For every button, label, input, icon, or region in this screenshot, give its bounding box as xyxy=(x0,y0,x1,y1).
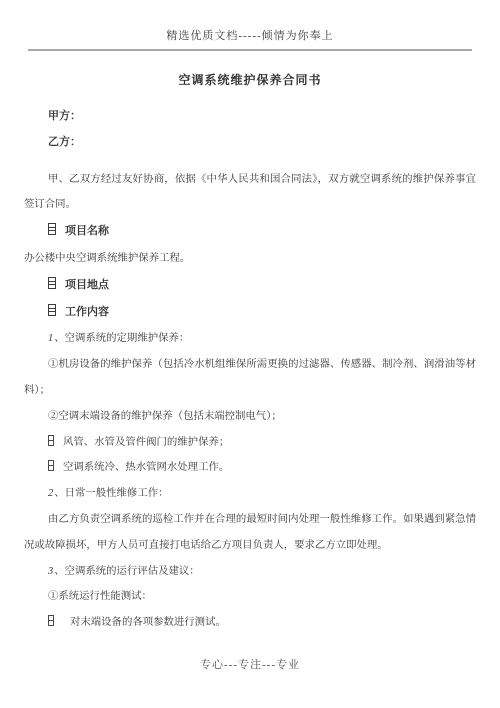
heading-text: 项目地点 xyxy=(65,279,109,291)
item-1-bullet-1: 风管、水管及管件阀门的维护保养； xyxy=(24,430,476,456)
party-b-line: 乙方： xyxy=(24,130,476,156)
section-heading-work-content: 工作内容 xyxy=(24,300,476,326)
item-1-bullet-2: 空调系统冷、热水管网水处理工作。 xyxy=(24,455,476,481)
section-heading-project-site: 项目地点 xyxy=(24,273,476,299)
section-heading-project-name: 项目名称 xyxy=(24,219,476,245)
list-title-text: 、空调系统的运行评估及建议： xyxy=(54,566,199,577)
missing-glyph-icon xyxy=(48,304,56,316)
missing-glyph-bullet-icon xyxy=(48,460,54,471)
list-title-text: 、空调系统的定期维护保养： xyxy=(54,333,189,344)
promo-footer: 专心---专注---专业 xyxy=(24,656,476,672)
item-2-title: 2、日常一般性维修工作： xyxy=(24,481,476,507)
header-divider xyxy=(28,49,472,51)
project-name-text: 办公楼中央空调系统维护保养工程。 xyxy=(24,246,476,272)
list-number: 2 xyxy=(48,488,53,499)
list-title-text: 、日常一般性维修工作： xyxy=(54,488,168,499)
item-1-sub-1: ①机房设备的维护保养（包括冷水机组维保所需更换的过滤器、传感器、制冷剂、润滑油等… xyxy=(24,352,476,404)
bullet-text: 对末端设备的各项参数进行测试。 xyxy=(70,617,226,628)
item-3-sub-1: ①系统运行性能测试： xyxy=(24,584,476,610)
document-title: 空调系统维护保养合同书 xyxy=(24,71,476,88)
list-number: 3 xyxy=(48,566,53,577)
party-a-line: 甲方： xyxy=(24,104,476,130)
missing-glyph-icon xyxy=(48,277,56,289)
intro-paragraph: 甲、乙双方经过友好协商，依据《中华人民共和国合同法》，双方就空调系统的维护保养事… xyxy=(24,167,476,219)
item-1-title: 1、空调系统的定期维护保养： xyxy=(24,326,476,352)
list-number: 1 xyxy=(48,333,53,344)
item-3-title: 3、空调系统的运行评估及建议： xyxy=(24,559,476,585)
item-3-bullet-1: 对末端设备的各项参数进行测试。 xyxy=(24,610,476,636)
heading-text: 工作内容 xyxy=(65,306,109,318)
heading-text: 项目名称 xyxy=(65,225,109,237)
missing-glyph-bullet-icon xyxy=(48,615,54,626)
bullet-text: 空调系统冷、热水管网水处理工作。 xyxy=(63,462,229,473)
item-2-detail: 由乙方负责空调系统的巡检工作并在合理的最短时间内处理一般性维修工作。如果遇到紧急… xyxy=(24,507,476,559)
document-page: 精选优质文档-----倾情为你奉上 空调系统维护保养合同书 甲方：乙方：甲、乙双… xyxy=(0,0,500,708)
missing-glyph-icon xyxy=(48,223,56,235)
bullet-text: 风管、水管及管件阀门的维护保养； xyxy=(63,437,229,448)
item-1-sub-2: ②空调末端设备的维护保养（包括末端控制电气）； xyxy=(24,404,476,430)
missing-glyph-bullet-icon xyxy=(48,435,54,446)
promo-header: 精选优质文档-----倾情为你奉上 xyxy=(24,0,476,43)
document-body: 甲方：乙方：甲、乙双方经过友好协商，依据《中华人民共和国合同法》，双方就空调系统… xyxy=(24,104,476,636)
